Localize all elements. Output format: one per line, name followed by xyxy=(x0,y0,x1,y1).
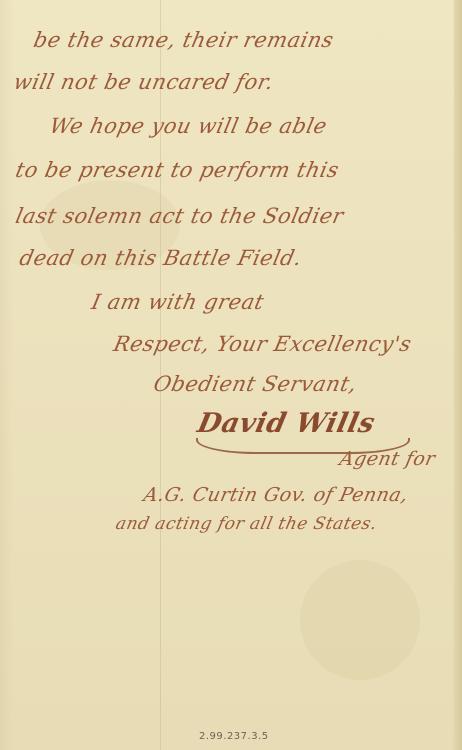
paper-stain xyxy=(300,560,420,680)
body-line: to be present to perform this xyxy=(13,158,341,182)
closing-line: Obedient Servant, xyxy=(151,372,359,396)
letter-page: be the same, their remains will not be u… xyxy=(0,0,462,750)
body-line: We hope you will be able xyxy=(47,114,329,138)
signature-title-line: and acting for all the States. xyxy=(114,514,379,534)
body-line: dead on this Battle Field. xyxy=(17,246,304,270)
signature: David Wills xyxy=(195,408,378,439)
closing-line: I am with great xyxy=(89,290,266,314)
closing-line: Respect, Your Excellency's xyxy=(111,332,413,356)
signature-title-line: Agent for xyxy=(338,448,438,470)
paper-edge xyxy=(454,0,462,750)
body-line: will not be uncared for. xyxy=(11,70,275,94)
body-line: be the same, their remains xyxy=(31,28,335,52)
signature-title-line: A.G. Curtin Gov. of Penna, xyxy=(142,484,411,506)
body-line: last solemn act to the Soldier xyxy=(13,204,346,228)
catalog-number: 2.99.237.3.5 xyxy=(199,731,269,742)
